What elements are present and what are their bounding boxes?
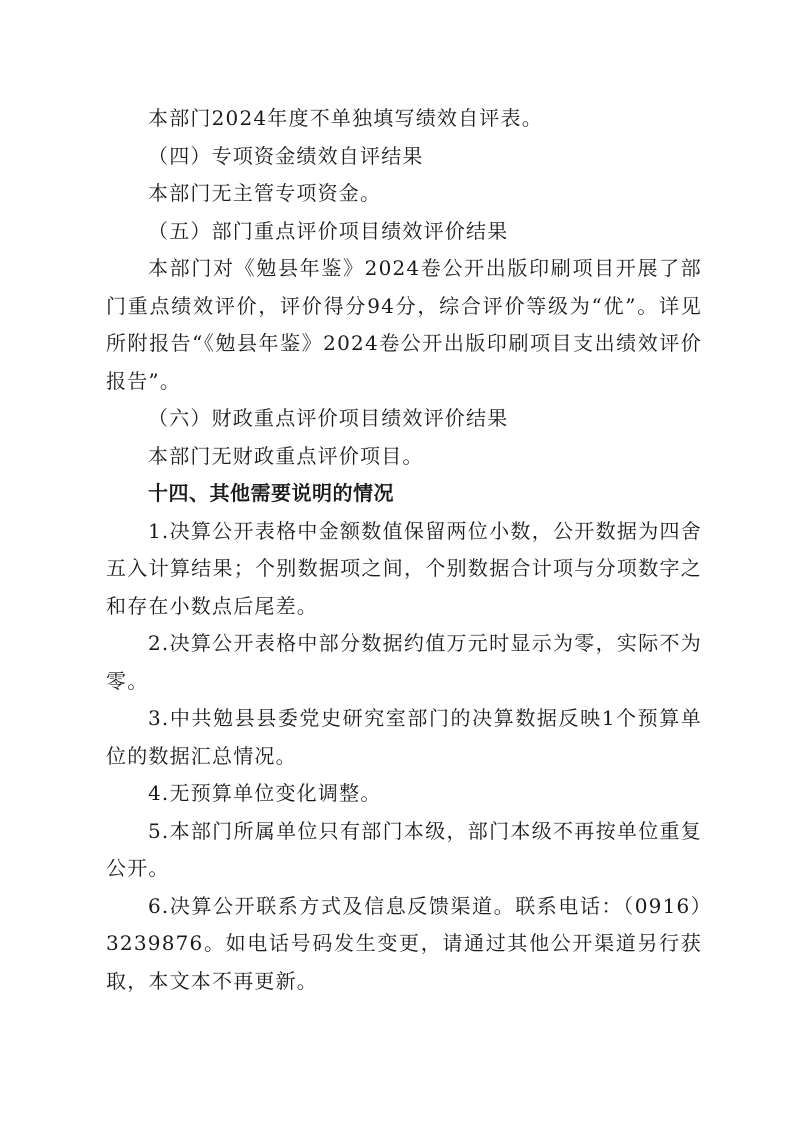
body-paragraph: 本部门对《勉县年鉴》2024卷公开出版印刷项目开展了部门重点绩效评价，评价得分9…: [106, 250, 702, 400]
note-item: 5.本部门所属单位只有部门本级，部门本级不再按单位重复公开。: [106, 813, 702, 888]
body-paragraph: 本部门2024年度不单独填写绩效自评表。: [106, 100, 702, 138]
note-item: 3.中共勉县县委党史研究室部门的决算数据反映1个预算单位的数据汇总情况。: [106, 700, 702, 775]
subheading-key-project-evaluation: （五）部门重点评价项目绩效评价结果: [106, 213, 702, 251]
note-item: 2.决算公开表格中部分数据约值万元时显示为零，实际不为零。: [106, 625, 702, 700]
subheading-fiscal-evaluation: （六）财政重点评价项目绩效评价结果: [106, 400, 702, 438]
note-item-contact: 6.决算公开联系方式及信息反馈渠道。联系电话：（0916）3239876。如电话…: [106, 888, 702, 1001]
subheading-special-funds: （四）专项资金绩效自评结果: [106, 138, 702, 176]
section-heading-other-notes: 十四、其他需要说明的情况: [106, 475, 702, 513]
document-page: 本部门2024年度不单独填写绩效自评表。 （四）专项资金绩效自评结果 本部门无主…: [106, 100, 702, 1000]
body-paragraph: 本部门无财政重点评价项目。: [106, 438, 702, 476]
note-item: 4.无预算单位变化调整。: [106, 775, 702, 813]
body-paragraph: 本部门无主管专项资金。: [106, 175, 702, 213]
note-item: 1.决算公开表格中金额数值保留两位小数，公开数据为四舍五入计算结果；个别数据项之…: [106, 513, 702, 626]
